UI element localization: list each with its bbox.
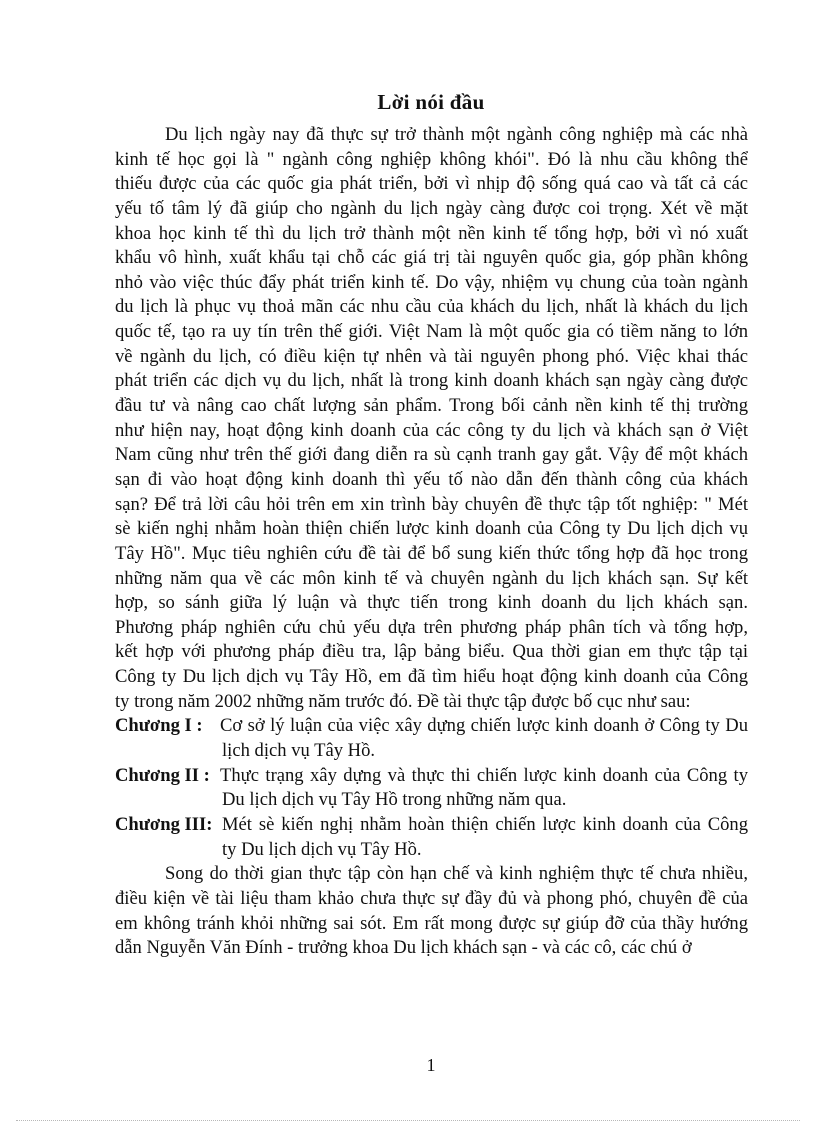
- text-line: Nam cũng như trên thế giới đang diễn ra …: [115, 443, 748, 468]
- page-title: Lời nói đầu: [0, 88, 816, 116]
- chapter-label: Chương III:: [115, 813, 212, 838]
- text-line: sạn đi vào hoạt động kinh doanh thì yếu …: [115, 468, 748, 493]
- text-line: dẫn Nguyễn Văn Đính - trưởng khoa Du lịc…: [115, 936, 748, 961]
- text-line: thiếu được của các quốc gia phát triển, …: [115, 172, 748, 197]
- text-line: Tây Hồ". Mục tiêu nghiên cứu đề tài để b…: [115, 542, 748, 567]
- text-line: em không tránh khỏi những sai sót. Em rấ…: [115, 912, 748, 937]
- text-line: sè kiến nghị nhằm hoàn thiện chiến lược …: [115, 517, 748, 542]
- text-line: quốc tế, tạo ra uy tín trên thế giới. Vi…: [115, 320, 748, 345]
- text-line: như hiện nay, hoạt động kinh doanh của c…: [115, 419, 748, 444]
- text-line: nhỏ vào việc thúc đẩy phát triển kinh tế…: [115, 271, 748, 296]
- text-line: sạn? Để trả lời câu hỏi trên em xin trìn…: [115, 493, 748, 518]
- chapter-label: Chương II :: [115, 764, 210, 789]
- text-line: Công ty Du lịch dịch vụ Tây Hồ, em đã tì…: [115, 665, 748, 690]
- page-number: 1: [0, 1053, 816, 1077]
- intro-paragraph: Du lịch ngày nay đã thực sự trở thành mộ…: [115, 123, 748, 714]
- text-line: điều kiện về tài liệu tham khảo chưa thự…: [115, 887, 748, 912]
- text-line: Cơ sở lý luận của việc xây dựng chiến lư…: [220, 714, 748, 739]
- text-line: du lịch là phục vụ thoả mãn các nhu cầu …: [115, 295, 748, 320]
- text-line: hợp, so sánh giữa lý luận và thực tiến t…: [115, 591, 748, 616]
- text-line: ty Du lịch dịch vụ Tây Hồ.: [222, 838, 748, 863]
- chapter-text: Cơ sở lý luận của việc xây dựng chiến lư…: [115, 714, 748, 763]
- chapter-item-1: Chương I : Cơ sở lý luận của việc xây dự…: [115, 714, 748, 763]
- text-line: những năm qua về các môn kinh tế và chuy…: [115, 567, 748, 592]
- text-line: đầu tư và nâng cao chất lượng sản phẩm. …: [115, 394, 748, 419]
- text-line: Du lịch dịch vụ Tây Hồ trong những năm q…: [222, 788, 748, 813]
- text-line: lịch dịch vụ Tây Hồ.: [222, 739, 748, 764]
- text-line: Phương pháp nghiên cứu chủ yếu dựa trên …: [115, 616, 748, 641]
- text-line: phát triển các dịch vụ du lịch, nhất là …: [115, 369, 748, 394]
- text-line: Du lịch ngày nay đã thực sự trở thành mộ…: [115, 123, 748, 148]
- page-bottom-divider: [16, 1120, 800, 1121]
- document-page: Lời nói đầu Du lịch ngày nay đã thực sự …: [0, 0, 816, 1123]
- text-line: kết hợp với phương pháp điều tra, lập bả…: [115, 640, 748, 665]
- text-line: Thực trạng xây dựng và thực thi chiến lư…: [220, 764, 748, 789]
- text-line: khẩu vô hình, xuất khẩu tại chỗ các giá …: [115, 246, 748, 271]
- document-body: Du lịch ngày nay đã thực sự trở thành mộ…: [115, 123, 748, 961]
- text-line: về ngành du lịch, có điều kiện tự nhên v…: [115, 345, 748, 370]
- closing-paragraph: Song do thời gian thực tập còn hạn chế v…: [115, 862, 748, 961]
- text-line: Mét sè kiến nghị nhằm hoàn thiện chiến l…: [222, 813, 748, 838]
- text-line: yếu tố tâm lý đã giúp cho ngành du lịch …: [115, 197, 748, 222]
- chapter-item-2: Chương II : Thực trạng xây dựng và thực …: [115, 764, 748, 813]
- text-line: Song do thời gian thực tập còn hạn chế v…: [115, 862, 748, 887]
- chapter-label: Chương I :: [115, 714, 203, 739]
- text-line: ty trong năm 2002 những năm trước đó. Đề…: [115, 690, 748, 715]
- chapter-text: Thực trạng xây dựng và thực thi chiến lư…: [115, 764, 748, 813]
- text-line: khoa học kinh tế thì du lịch trở thành m…: [115, 222, 748, 247]
- chapter-item-3: Chương III: Mét sè kiến nghị nhằm hoàn t…: [115, 813, 748, 862]
- text-line: kinh tế học gọi là " ngành công nghiệp k…: [115, 148, 748, 173]
